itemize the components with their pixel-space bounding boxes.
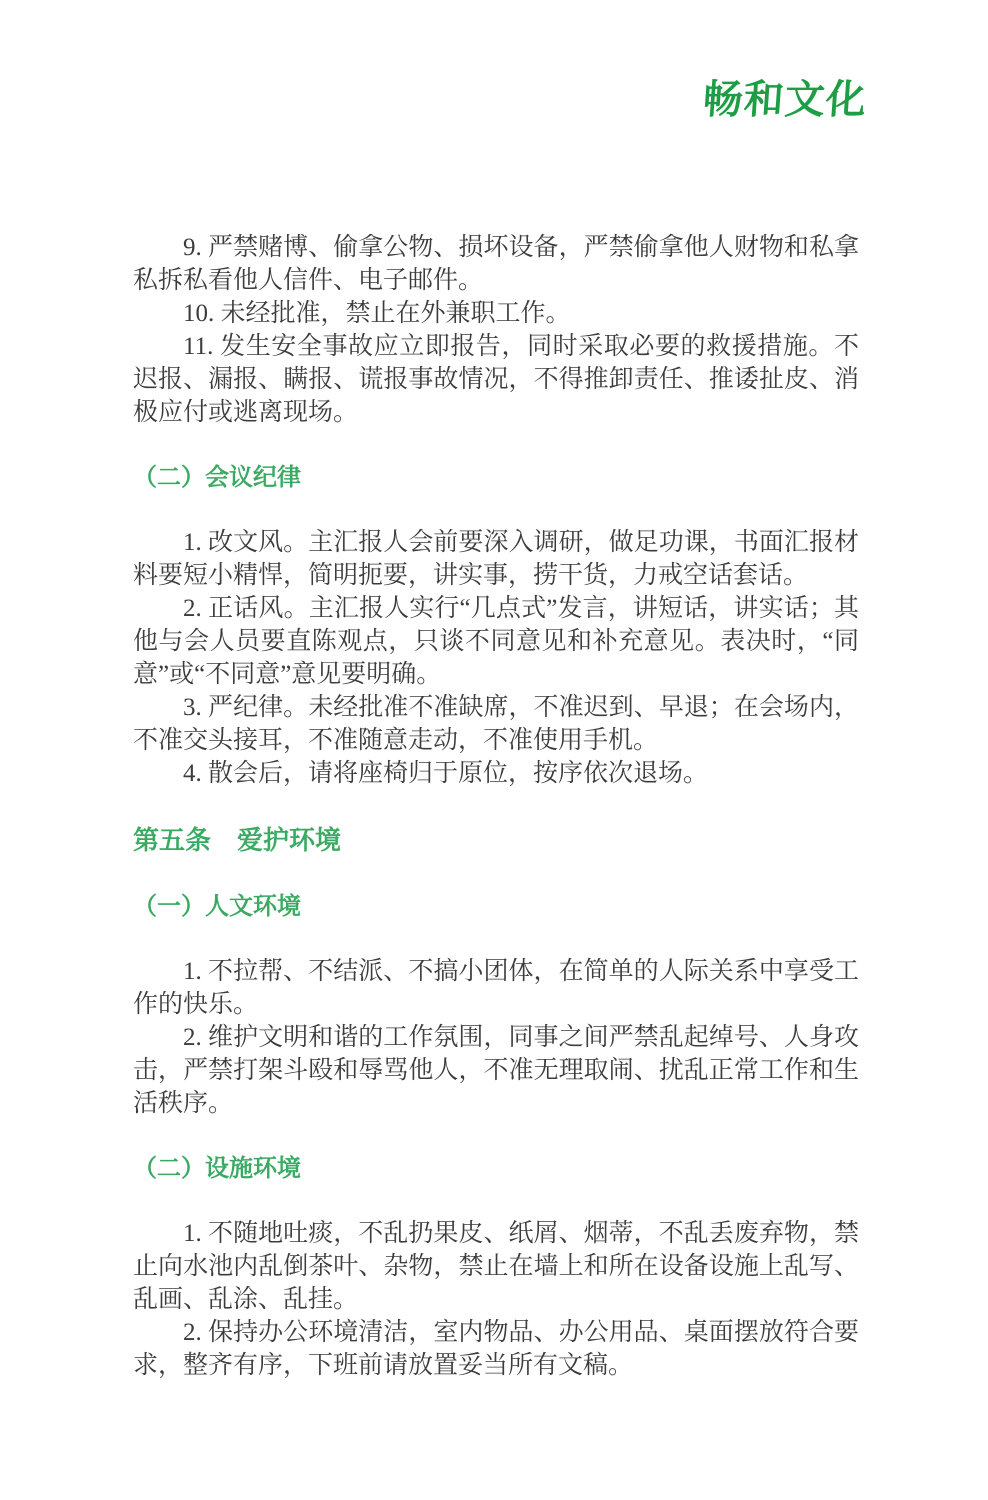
document-page: 畅和文化 9. 严禁赌博、偷拿公物、损坏设备，严禁偷拿他人财物和私拿私拆私看他人… (0, 0, 988, 1500)
paragraph-meeting-1: 1. 改文风。主汇报人会前要深入调研，做足功课，书面汇报材料要短小精悍，简明扼要… (133, 526, 859, 592)
section-heading-facility-environment: （二）设施环境 (133, 1152, 859, 1185)
paragraph-facility-env-2: 2. 保持办公环境清洁，室内物品、办公用品、桌面摆放符合要求，整齐有序，下班前请… (133, 1316, 859, 1382)
section-heading-human-environment: （一）人文环境 (133, 890, 859, 923)
paragraph-human-env-2: 2. 维护文明和谐的工作氛围，同事之间严禁乱起绰号、人身攻击，严禁打架斗殴和辱骂… (133, 1021, 859, 1120)
paragraph-rule-10: 10. 未经批准，禁止在外兼职工作。 (133, 297, 859, 330)
paragraph-meeting-3: 3. 严纪律。未经批准不准缺席，不准迟到、早退；在会场内，不准交头接耳，不准随意… (133, 691, 859, 757)
paragraph-rule-11: 11. 发生安全事故应立即报告，同时采取必要的救援措施。不迟报、漏报、瞒报、谎报… (133, 330, 859, 429)
paragraph-rule-9: 9. 严禁赌博、偷拿公物、损坏设备，严禁偷拿他人财物和私拿私拆私看他人信件、电子… (133, 231, 859, 297)
brand-logo: 畅和文化 (701, 68, 875, 125)
paragraph-meeting-4: 4. 散会后，请将座椅归于原位，按序依次退场。 (133, 757, 859, 790)
section-heading-meeting-discipline: （二）会议纪律 (133, 461, 859, 494)
paragraph-human-env-1: 1. 不拉帮、不结派、不搞小团体，在简单的人际关系中享受工作的快乐。 (133, 955, 859, 1021)
paragraph-facility-env-1: 1. 不随地吐痰，不乱扔果皮、纸屑、烟蒂，不乱丢废弃物，禁止向水池内乱倒茶叶、杂… (133, 1217, 859, 1316)
paragraph-meeting-2: 2. 正话风。主汇报人实行“几点式”发言，讲短话，讲实话；其他与会人员要直陈观点… (133, 592, 859, 691)
document-content: 9. 严禁赌博、偷拿公物、损坏设备，严禁偷拿他人财物和私拿私拆私看他人信件、电子… (133, 231, 859, 1382)
chapter-heading-article-5: 第五条 爱护环境 (133, 822, 859, 858)
